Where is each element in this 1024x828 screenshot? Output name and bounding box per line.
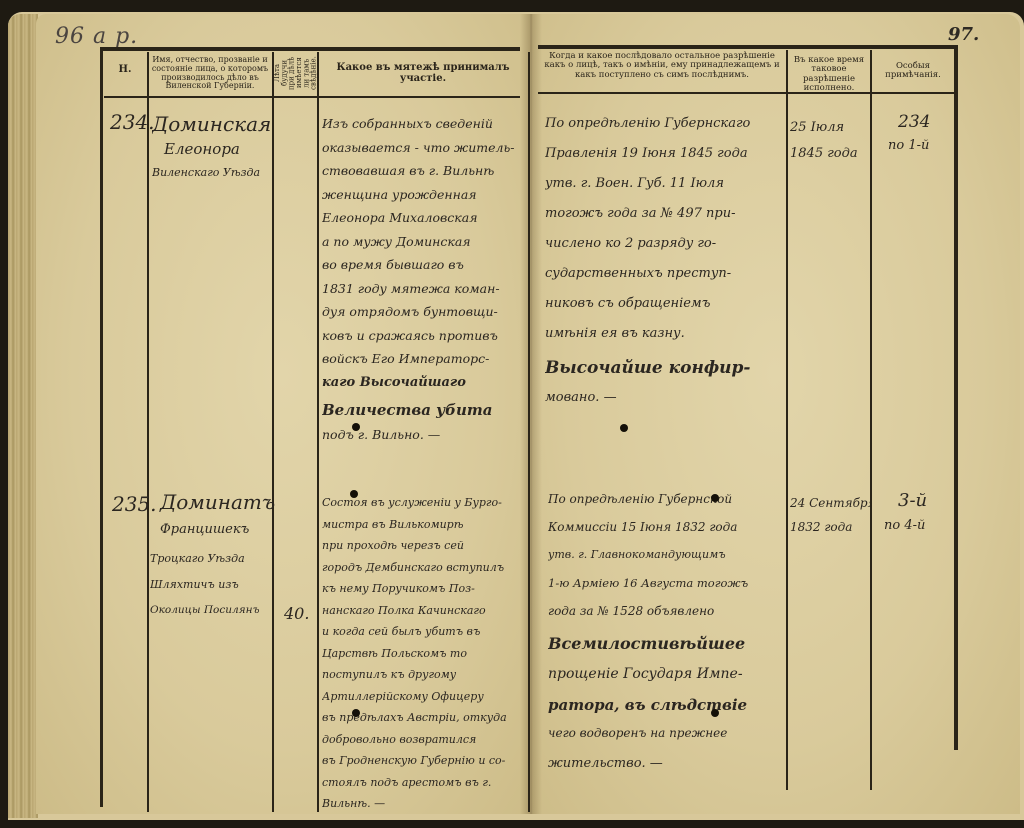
header-case-vertical: Лѣта будучи при дѣлѣ имѣется ли тамъ свѣ… <box>274 52 314 94</box>
person-line: Францишекъ <box>150 522 275 552</box>
text-line: 1845 года <box>790 146 870 172</box>
col-rule-age <box>317 52 319 812</box>
text-line: и когда сей былъ убитъ въ <box>322 625 527 647</box>
text-line: Вильнѣ. — <box>322 797 527 819</box>
text-line: по 1-й <box>888 138 954 162</box>
header-resolution: Когда и какое послѣдовало остальное разр… <box>540 52 784 80</box>
binding-hole <box>352 709 360 717</box>
header-bottom-rule-left <box>104 96 520 98</box>
header-number: Н. <box>104 64 146 75</box>
col-rule-resolution <box>786 50 788 790</box>
text-line: утв. г. Воен. Губ. 11 Іюля <box>545 176 785 206</box>
text-line: 1-ю Арміею 16 Августа тогожъ <box>548 576 786 604</box>
header-top-rule-left <box>100 47 520 51</box>
text-line: никовъ съ обращеніемъ <box>545 296 785 326</box>
text-line: жительство. — <box>548 756 786 786</box>
person-line: Доминская <box>152 112 272 140</box>
col-rule-person <box>272 52 274 812</box>
text-line: ратора, въ слѣдствіе <box>548 696 786 726</box>
text-line: по 4-й <box>884 518 954 542</box>
text-line: прощеніе Государя Импе- <box>548 666 786 696</box>
remarks-cell: 234 по 1-й <box>888 112 954 162</box>
text-line: во время бывшаго въ <box>322 257 527 281</box>
text-line: года за № 1528 объявлено <box>548 604 786 634</box>
text-line: войскъ Его Императорс- <box>322 351 527 375</box>
text-line: По опредѣленію Губернскаго <box>545 116 785 146</box>
text-line: женщина урожденная <box>322 187 527 211</box>
col-rule-participation <box>528 52 530 812</box>
header-person: Имя, отчество, прозваніе и состояніе лиц… <box>150 56 270 91</box>
participation-cell: Изъ собранныхъ сведеній оказывается - чт… <box>322 116 527 450</box>
text-line: ковъ и сражаясь противъ <box>322 328 527 352</box>
text-line: дуя отрядомъ бунтовщи- <box>322 304 527 328</box>
col-rule-outer-left <box>100 47 103 807</box>
text-line: при проходѣ черезъ сей <box>322 539 527 561</box>
text-line: добровольно возвратился <box>322 733 527 755</box>
text-line: городъ Дембинскаго вступилъ <box>322 561 527 583</box>
executed-cell: 25 Іюля 1845 года <box>790 120 870 172</box>
person-line: Виленскаго Уѣзда <box>152 166 272 188</box>
text-line: Царствѣ Польскомъ то <box>322 647 527 669</box>
text-line: Артиллерійскому Офицеру <box>322 690 527 712</box>
text-line: Изъ собранныхъ сведеній <box>322 116 527 140</box>
col-rule-executed <box>870 50 872 790</box>
binding-hole <box>711 494 719 502</box>
header-executed: Въ какое время таковое разрѣшеніе исполн… <box>789 56 869 93</box>
text-line: числено ко 2 разряду го- <box>545 236 785 266</box>
binding-hole <box>352 423 360 431</box>
page-stack-edge <box>8 14 38 818</box>
text-line: каго Высочайшаго <box>322 375 527 401</box>
text-line: Правленія 19 Іюня 1845 года <box>545 146 785 176</box>
text-line: Величества убита <box>322 401 527 427</box>
row-number: 234. <box>110 110 155 134</box>
header-remarks: Особыя примѣчанія. <box>873 62 953 81</box>
person-line: Шляхтичъ изъ <box>150 578 275 604</box>
folio-number: 97. <box>948 24 979 45</box>
text-line: 3-й <box>884 490 954 518</box>
person-line: Елеонора <box>152 140 272 166</box>
text-line: Состоя въ услуженіи у Бурго- <box>322 496 527 518</box>
header-top-rule-right <box>538 45 956 49</box>
person-line: Околицы Посилянъ <box>150 604 275 628</box>
age-value: 40. <box>284 604 309 623</box>
text-line: тогожъ года за № 497 при- <box>545 206 785 236</box>
text-line: чего водворенъ на прежнее <box>548 726 786 756</box>
text-line: утв. г. Главнокомандующимъ <box>548 548 786 576</box>
text-line: Елеонора Михаловская <box>322 210 527 234</box>
text-line: 1831 году мятежа коман- <box>322 281 527 305</box>
person-line: Троцкаго Уѣзда <box>150 552 275 578</box>
participation-cell: Состоя въ услуженіи у Бурго- мистра въ В… <box>322 496 527 819</box>
binding-hole <box>350 490 358 498</box>
col-rule-outer-right <box>954 45 958 750</box>
text-line: къ нему Поручикомъ Поз- <box>322 582 527 604</box>
text-line: имѣнія ея въ казну. <box>545 326 785 358</box>
resolution-cell: По опредѣленію Губернскаго Правленія 19 … <box>545 116 785 420</box>
header-bottom-rule-right <box>538 92 956 94</box>
executed-cell: 24 Сентября 1832 года <box>790 496 870 544</box>
text-line: Всемилостивѣйшее <box>548 634 786 666</box>
text-line: мистра въ Вилькомирѣ <box>322 518 527 540</box>
remarks-cell: 3-й по 4-й <box>884 490 954 542</box>
person-cell: Доминская Елеонора Виленскаго Уѣзда <box>152 112 272 188</box>
text-line: По опредѣленію Губернской <box>548 492 786 520</box>
binding-hole <box>711 709 719 717</box>
text-line: стоялъ подъ арестомъ въ г. <box>322 776 527 798</box>
text-line: 1832 года <box>790 520 870 544</box>
text-line: 25 Іюля <box>790 120 870 146</box>
text-line: 24 Сентября <box>790 496 870 520</box>
text-line: сударственныхъ преступ- <box>545 266 785 296</box>
person-line: Доминатъ <box>150 490 275 522</box>
text-line: Коммиссіи 15 Іюня 1832 года <box>548 520 786 548</box>
text-line: а по мужу Доминская <box>322 234 527 258</box>
text-line: въ Гродненскую Губернію и со- <box>322 754 527 776</box>
text-line: мовано. — <box>545 390 785 420</box>
text-line: поступилъ къ другому <box>322 668 527 690</box>
header-participation: Какое въ мятежѣ принималъ участіе. <box>320 62 526 84</box>
text-line: 234 <box>888 112 954 138</box>
text-line: оказывается - что житель- <box>322 140 527 164</box>
resolution-cell: По опредѣленію Губернской Коммиссіи 15 І… <box>548 492 786 786</box>
archive-number: 96 a р. <box>55 24 138 49</box>
binding-hole <box>620 424 628 432</box>
person-cell: Доминатъ Францишекъ Троцкаго Уѣзда Шляхт… <box>150 490 275 628</box>
text-line: ствовавшая въ г. Вильнѣ <box>322 163 527 187</box>
text-line: нанскаго Полка Качинскаго <box>322 604 527 626</box>
text-line: Высочайше конфир- <box>545 358 785 390</box>
col-rule-number <box>147 52 149 812</box>
